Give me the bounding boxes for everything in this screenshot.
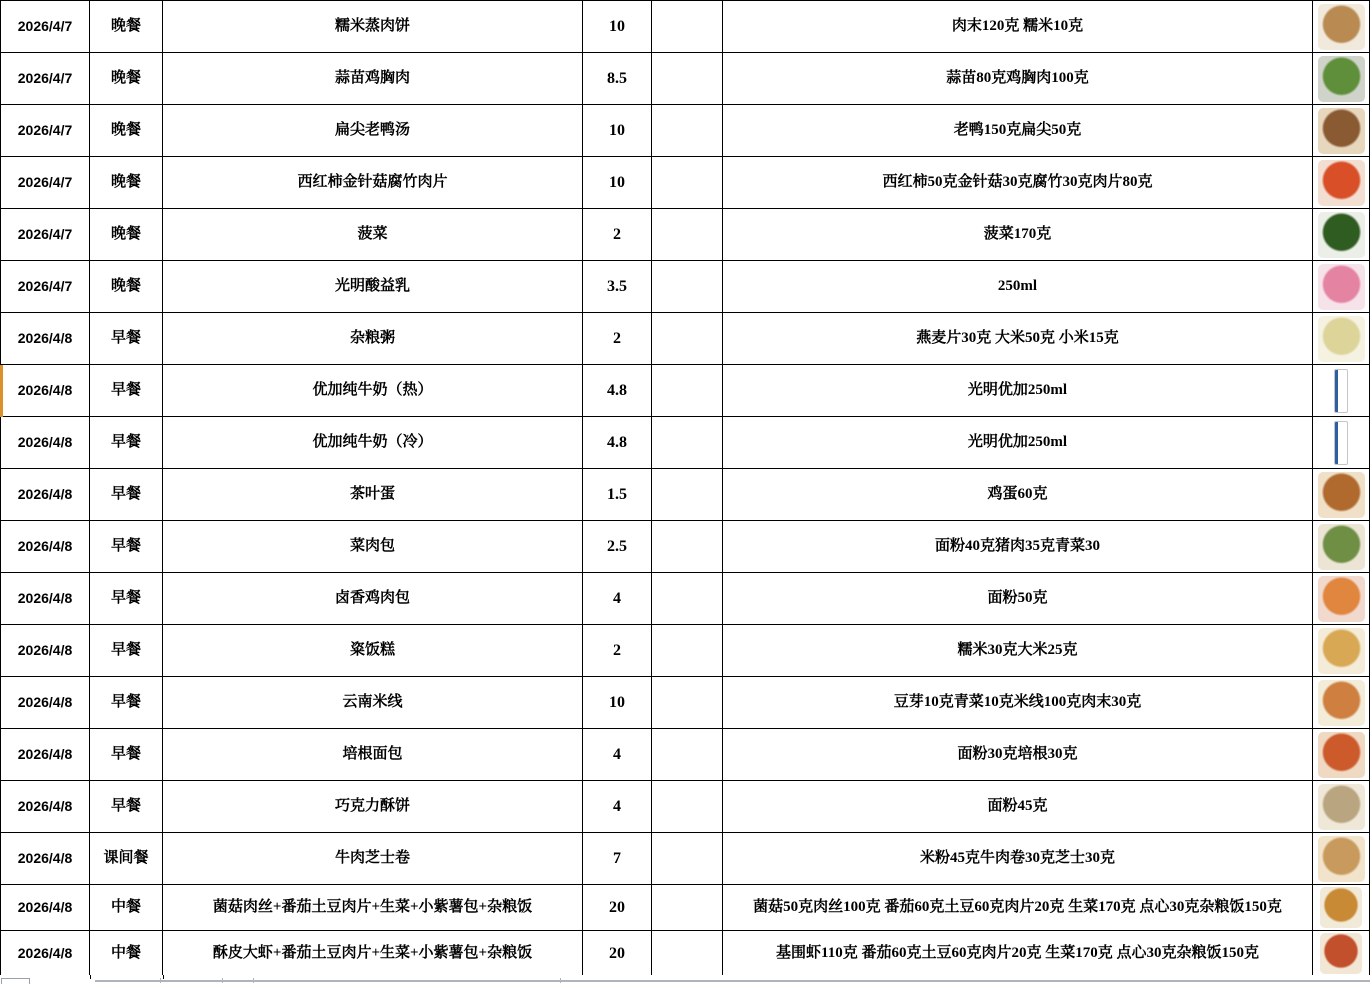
price-cell[interactable]: 1.5 (583, 469, 652, 521)
date-cell[interactable]: 2026/4/8 (0, 625, 90, 677)
ingredients-cell[interactable]: 燕麦片30克 大米50克 小米15克 (723, 313, 1313, 365)
ingredients-cell[interactable]: 糯米30克大米25克 (723, 625, 1313, 677)
partial-row-topline (95, 980, 1370, 982)
price-cell[interactable]: 2 (583, 625, 652, 677)
ingredients-cell[interactable]: 面粉50克 (723, 573, 1313, 625)
meal-type-cell[interactable]: 早餐 (90, 625, 163, 677)
beef-cheese-roll-photo[interactable] (1318, 836, 1365, 882)
fried-rice-cake-photo[interactable] (1318, 628, 1365, 674)
dish-name-cell[interactable]: 糯米蒸肉饼 (163, 1, 583, 53)
menu-row: 2026/4/8早餐优加纯牛奶（热）4.8光明优加250ml (0, 365, 1370, 417)
photo-cell[interactable] (1313, 105, 1370, 157)
meal-type-cell[interactable]: 晚餐 (90, 105, 163, 157)
dish-name-cell[interactable]: 巧克力酥饼 (163, 781, 583, 833)
milk-carton-photo[interactable] (1334, 421, 1348, 465)
menu-row: 2026/4/8早餐优加纯牛奶（冷）4.8光明优加250ml (0, 417, 1370, 469)
next-row-divider (222, 978, 223, 983)
price-cell[interactable]: 20 (583, 931, 652, 976)
dish-name-cell[interactable]: 牛肉芝士卷 (163, 833, 583, 885)
partial-next-row (0, 975, 1370, 984)
empty-cell[interactable] (652, 313, 723, 365)
ingredients-cell[interactable]: 西红柿50克金针菇30克腐竹30克肉片80克 (723, 157, 1313, 209)
ingredients-cell[interactable]: 光明优加250ml (723, 417, 1313, 469)
next-row-divider (253, 978, 254, 983)
empty-cell[interactable] (652, 625, 723, 677)
ingredients-cell[interactable]: 鸡蛋60克 (723, 469, 1313, 521)
meal-type-cell[interactable]: 晚餐 (90, 53, 163, 105)
meal-type-cell[interactable]: 早餐 (90, 365, 163, 417)
photo-cell[interactable] (1313, 469, 1370, 521)
dish-name-cell[interactable]: 优加纯牛奶（热） (163, 365, 583, 417)
dish-name-cell[interactable]: 菠菜 (163, 209, 583, 261)
dish-name-cell[interactable]: 菜肉包 (163, 521, 583, 573)
spreadsheet-menu-sheet: 2026/4/7晚餐糯米蒸肉饼10肉末120克 糯米10克2026/4/7晚餐蒜… (0, 0, 1370, 984)
partial-cell-box (1, 978, 30, 984)
empty-cell[interactable] (652, 53, 723, 105)
milk-carton-photo[interactable] (1334, 369, 1348, 413)
menu-row: 2026/4/8早餐巧克力酥饼4面粉45克 (0, 781, 1370, 833)
ingredients-cell[interactable]: 菠菜170克 (723, 209, 1313, 261)
photo-cell[interactable] (1313, 521, 1370, 573)
empty-cell[interactable] (652, 209, 723, 261)
price-cell[interactable]: 2.5 (583, 521, 652, 573)
price-cell[interactable]: 10 (583, 105, 652, 157)
dish-name-cell[interactable]: 优加纯牛奶（冷） (163, 417, 583, 469)
meal-menu-table: 2026/4/7晚餐糯米蒸肉饼10肉末120克 糯米10克2026/4/7晚餐蒜… (0, 0, 1370, 976)
price-cell[interactable]: 10 (583, 157, 652, 209)
braised-chicken-bun-photo[interactable] (1318, 576, 1365, 622)
menu-row: 2026/4/8早餐培根面包4面粉30克培根30克 (0, 729, 1370, 781)
photo-cell[interactable] (1313, 313, 1370, 365)
menu-row: 2026/4/8早餐卤香鸡肉包4面粉50克 (0, 573, 1370, 625)
meal-type-cell[interactable]: 课间餐 (90, 833, 163, 885)
menu-row: 2026/4/8早餐菜肉包2.5面粉40克猪肉35克青菜30 (0, 521, 1370, 573)
meal-type-cell[interactable]: 早餐 (90, 313, 163, 365)
price-cell[interactable]: 2 (583, 313, 652, 365)
price-cell[interactable]: 10 (583, 677, 652, 729)
meal-type-cell[interactable]: 晚餐 (90, 157, 163, 209)
bacon-bread-photo[interactable] (1318, 732, 1365, 778)
meal-type-cell[interactable]: 早餐 (90, 781, 163, 833)
meal-type-cell[interactable]: 早餐 (90, 573, 163, 625)
empty-cell[interactable] (652, 781, 723, 833)
meal-type-cell[interactable]: 晚餐 (90, 1, 163, 53)
column-border-tick (90, 975, 91, 979)
photo-cell[interactable] (1313, 781, 1370, 833)
ingredients-cell[interactable]: 面粉45克 (723, 781, 1313, 833)
price-cell[interactable]: 4 (583, 781, 652, 833)
meal-type-cell[interactable]: 早餐 (90, 417, 163, 469)
date-cell[interactable]: 2026/4/8 (0, 729, 90, 781)
date-cell[interactable]: 2026/4/8 (0, 573, 90, 625)
dish-name-cell[interactable]: 卤香鸡肉包 (163, 573, 583, 625)
ingredients-cell[interactable]: 250ml (723, 261, 1313, 313)
lunch-bento-box-photo[interactable] (1320, 887, 1362, 928)
menu-row: 2026/4/8早餐粢饭糕2糯米30克大米25克 (0, 625, 1370, 677)
price-cell[interactable]: 8.5 (583, 53, 652, 105)
dish-name-cell[interactable]: 云南米线 (163, 677, 583, 729)
menu-row: 2026/4/7晚餐西红柿金针菇腐竹肉片10西红柿50克金针菇30克腐竹30克肉… (0, 157, 1370, 209)
next-row-divider (560, 978, 561, 983)
empty-cell[interactable] (652, 885, 723, 931)
empty-cell[interactable] (652, 729, 723, 781)
photo-cell[interactable] (1313, 261, 1370, 313)
vegetable-pork-bun-photo[interactable] (1318, 524, 1365, 570)
ingredients-cell[interactable]: 豆芽10克青菜10克米线100克肉末30克 (723, 677, 1313, 729)
price-cell[interactable]: 4 (583, 573, 652, 625)
dish-name-cell[interactable]: 扁尖老鸭汤 (163, 105, 583, 157)
date-cell[interactable]: 2026/4/7 (0, 53, 90, 105)
meal-type-cell[interactable]: 晚餐 (90, 261, 163, 313)
empty-cell[interactable] (652, 573, 723, 625)
chocolate-pastry-photo[interactable] (1318, 784, 1365, 830)
yogurt-drink-pack-photo[interactable] (1318, 264, 1365, 310)
menu-row: 2026/4/8早餐云南米线10豆芽10克青菜10克米线100克肉末30克 (0, 677, 1370, 729)
dish-name-cell[interactable]: 光明酸益乳 (163, 261, 583, 313)
photo-cell[interactable] (1313, 157, 1370, 209)
price-cell[interactable]: 4 (583, 729, 652, 781)
photo-cell[interactable] (1313, 573, 1370, 625)
empty-cell[interactable] (652, 417, 723, 469)
photo-cell[interactable] (1313, 1, 1370, 53)
date-cell[interactable]: 2026/4/8 (0, 677, 90, 729)
photo-cell[interactable] (1313, 833, 1370, 885)
menu-row: 2026/4/7晚餐糯米蒸肉饼10肉末120克 糯米10克 (0, 1, 1370, 53)
ingredients-cell[interactable]: 菌菇50克肉丝100克 番茄60克土豆60克肉片20克 生菜170克 点心30克… (723, 885, 1313, 931)
empty-cell[interactable] (652, 833, 723, 885)
price-cell[interactable]: 4.8 (583, 365, 652, 417)
date-cell[interactable]: 2026/4/8 (0, 781, 90, 833)
meal-type-cell[interactable]: 晚餐 (90, 209, 163, 261)
meal-type-cell[interactable]: 早餐 (90, 521, 163, 573)
ingredients-cell[interactable]: 肉末120克 糯米10克 (723, 1, 1313, 53)
empty-cell[interactable] (652, 365, 723, 417)
ingredients-cell[interactable]: 面粉30克培根30克 (723, 729, 1313, 781)
menu-row: 2026/4/8早餐杂粮粥2燕麦片30克 大米50克 小米15克 (0, 313, 1370, 365)
empty-cell[interactable] (652, 261, 723, 313)
price-cell[interactable]: 2 (583, 209, 652, 261)
date-cell[interactable]: 2026/4/7 (0, 105, 90, 157)
price-cell[interactable]: 3.5 (583, 261, 652, 313)
photo-cell[interactable] (1313, 209, 1370, 261)
meal-type-cell[interactable]: 中餐 (90, 931, 163, 976)
photo-cell[interactable] (1313, 885, 1370, 931)
menu-row: 2026/4/8课间餐牛肉芝士卷7米粉45克牛肉卷30克芝士30克 (0, 833, 1370, 885)
date-cell[interactable]: 2026/4/8 (0, 365, 90, 417)
menu-row: 2026/4/7晚餐扁尖老鸭汤10老鸭150克扁尖50克 (0, 105, 1370, 157)
ingredients-cell[interactable]: 米粉45克牛肉卷30克芝士30克 (723, 833, 1313, 885)
menu-row: 2026/4/7晚餐光明酸益乳3.5250ml (0, 261, 1370, 313)
price-cell[interactable]: 20 (583, 885, 652, 931)
meal-type-cell[interactable]: 中餐 (90, 885, 163, 931)
photo-cell[interactable] (1313, 625, 1370, 677)
tomato-mushroom-dish-photo[interactable] (1318, 160, 1365, 206)
ingredients-cell[interactable]: 老鸭150克扁尖50克 (723, 105, 1313, 157)
duck-soup-photo[interactable] (1318, 108, 1365, 154)
photo-cell[interactable] (1313, 677, 1370, 729)
menu-row: 2026/4/8中餐酥皮大虾+番茄土豆肉片+生菜+小紫薯包+杂粮饭20基围虾11… (0, 931, 1370, 976)
date-cell[interactable]: 2026/4/7 (0, 157, 90, 209)
dish-name-cell[interactable]: 菌菇肉丝+番茄土豆肉片+生菜+小紫薯包+杂粮饭 (163, 885, 583, 931)
ingredients-cell[interactable]: 蒜苗80克鸡胸肉100克 (723, 53, 1313, 105)
date-cell[interactable]: 2026/4/7 (0, 1, 90, 53)
menu-row: 2026/4/7晚餐蒜苗鸡胸肉8.5蒜苗80克鸡胸肉100克 (0, 53, 1370, 105)
dish-name-cell[interactable]: 粢饭糕 (163, 625, 583, 677)
date-cell[interactable]: 2026/4/7 (0, 209, 90, 261)
garlic-sprout-chicken-photo[interactable] (1318, 56, 1365, 102)
dish-name-cell[interactable]: 西红柿金针菇腐竹肉片 (163, 157, 583, 209)
empty-cell[interactable] (652, 157, 723, 209)
dish-name-cell[interactable]: 培根面包 (163, 729, 583, 781)
photo-cell[interactable] (1313, 365, 1370, 417)
empty-cell[interactable] (652, 521, 723, 573)
date-cell[interactable]: 2026/4/8 (0, 885, 90, 931)
photo-cell[interactable] (1313, 53, 1370, 105)
steamed-rice-meat-patty-photo[interactable] (1318, 4, 1365, 50)
photo-cell[interactable] (1313, 931, 1370, 976)
meal-type-cell[interactable]: 早餐 (90, 677, 163, 729)
empty-cell[interactable] (652, 677, 723, 729)
shrimp-bento-box-photo[interactable] (1320, 933, 1362, 974)
price-cell[interactable]: 7 (583, 833, 652, 885)
dish-name-cell[interactable]: 酥皮大虾+番茄土豆肉片+生菜+小紫薯包+杂粮饭 (163, 931, 583, 976)
menu-row: 2026/4/8早餐茶叶蛋1.5鸡蛋60克 (0, 469, 1370, 521)
meal-type-cell[interactable]: 早餐 (90, 729, 163, 781)
dish-name-cell[interactable]: 杂粮粥 (163, 313, 583, 365)
price-cell[interactable]: 4.8 (583, 417, 652, 469)
menu-row: 2026/4/7晚餐菠菜2菠菜170克 (0, 209, 1370, 261)
rice-noodle-soup-photo[interactable] (1318, 680, 1365, 726)
photo-cell[interactable] (1313, 729, 1370, 781)
empty-cell[interactable] (652, 931, 723, 976)
ingredients-cell[interactable]: 光明优加250ml (723, 365, 1313, 417)
date-cell[interactable]: 2026/4/7 (0, 261, 90, 313)
dish-name-cell[interactable]: 茶叶蛋 (163, 469, 583, 521)
meal-type-cell[interactable]: 早餐 (90, 469, 163, 521)
next-row-divider (160, 978, 161, 983)
grain-porridge-photo[interactable] (1318, 316, 1365, 362)
date-cell[interactable]: 2026/4/8 (0, 417, 90, 469)
photo-cell[interactable] (1313, 417, 1370, 469)
empty-cell[interactable] (652, 105, 723, 157)
empty-cell[interactable] (652, 1, 723, 53)
selected-row-accent (0, 365, 3, 417)
date-cell[interactable]: 2026/4/8 (0, 521, 90, 573)
price-cell[interactable]: 10 (583, 1, 652, 53)
date-cell[interactable]: 2026/4/8 (0, 469, 90, 521)
tea-egg-photo[interactable] (1318, 472, 1365, 518)
date-cell[interactable]: 2026/4/8 (0, 313, 90, 365)
column-border-tick (163, 975, 164, 979)
ingredients-cell[interactable]: 基围虾110克 番茄60克土豆60克肉片20克 生菜170克 点心30克杂粮饭1… (723, 931, 1313, 976)
ingredients-cell[interactable]: 面粉40克猪肉35克青菜30 (723, 521, 1313, 573)
empty-cell[interactable] (652, 469, 723, 521)
spinach-photo[interactable] (1318, 212, 1365, 258)
menu-row: 2026/4/8中餐菌菇肉丝+番茄土豆肉片+生菜+小紫薯包+杂粮饭20菌菇50克… (0, 885, 1370, 931)
date-cell[interactable]: 2026/4/8 (0, 931, 90, 976)
date-cell[interactable]: 2026/4/8 (0, 833, 90, 885)
dish-name-cell[interactable]: 蒜苗鸡胸肉 (163, 53, 583, 105)
